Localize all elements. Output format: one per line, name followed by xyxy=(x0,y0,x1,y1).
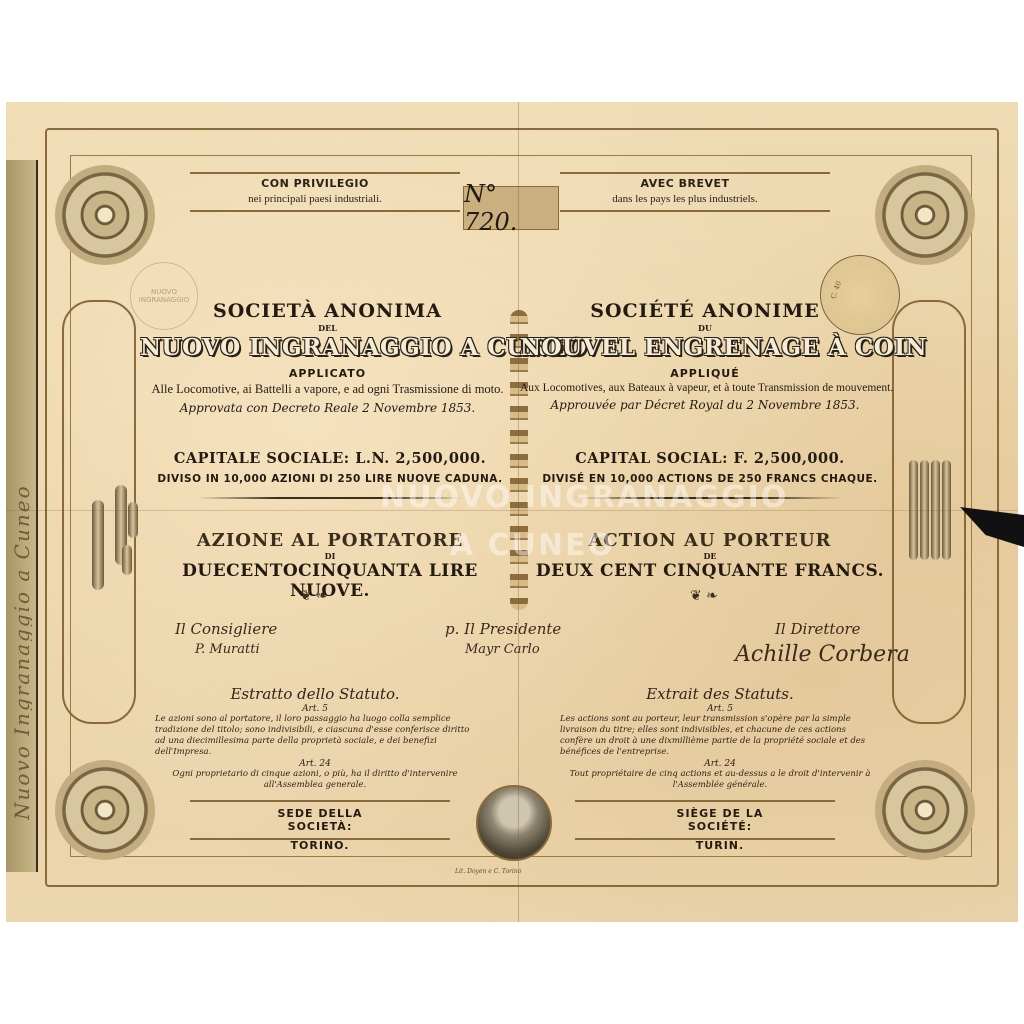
statutes-art5-text-fr: Les actions sont au porteur, leur transm… xyxy=(560,714,880,758)
seat-city-it: TORINO. xyxy=(250,839,390,852)
privilege-title-fr: AVEC BREVET xyxy=(585,177,785,190)
seat-label-fr: SIÈGE DE LA SOCIÉTÉ: xyxy=(645,807,795,833)
seat-label-it: SEDE DELLA SOCIETÀ: xyxy=(250,807,390,833)
statutes-art5-label-it: Art. 5 xyxy=(155,704,475,714)
watermark-line2: A CUNEO xyxy=(450,528,615,563)
company-type-fr: SOCIÉTÉ ANONIME xyxy=(520,300,890,322)
approval-decree-fr: Approuvée par Décret Royal du 2 Novembre… xyxy=(520,398,890,412)
statutes-art24-text-it: Ogni proprietario di cinque azioni, o pi… xyxy=(155,769,475,791)
signature-president: p. Il Presidente Mayr Carlo xyxy=(445,620,561,657)
flourish-ornament-it-icon: ❦ ❧ xyxy=(300,588,328,604)
approval-decree-it: Approvata con Decreto Reale 2 Novembre 1… xyxy=(140,401,515,415)
statutes-title-it: Estratto dello Statuto. xyxy=(155,685,475,703)
signature-role-president: p. Il Presidente xyxy=(445,620,561,638)
privilege-title-it: CON PRIVILEGIO xyxy=(240,177,390,190)
gear-wheels-right-icon xyxy=(905,460,955,575)
certificate-number: N° 720. xyxy=(463,186,559,230)
rosette-ornament-bottom-right-icon xyxy=(875,760,975,860)
flourish-ornament-fr-icon: ❦ ❧ xyxy=(690,588,718,604)
statutes-title-fr: Extrait des Statuts. xyxy=(560,685,880,703)
company-type-it: SOCIETÀ ANONIMA xyxy=(140,300,515,322)
applied-label-fr: APPLIQUÉ xyxy=(520,367,890,380)
privilege-note-fr: AVEC BREVET dans les pays les plus indus… xyxy=(585,177,785,205)
privilege-desc-it: nei principali paesi industriali. xyxy=(240,193,390,205)
applied-desc-fr: Aux Locomotives, aux Bateaux à vapeur, e… xyxy=(520,382,890,394)
railway-vignette-image xyxy=(476,785,552,861)
applied-desc-it: Alle Locomotive, ai Battelli a vapore, e… xyxy=(140,382,515,397)
statutes-art5-text-it: Le azioni sono al portatore, il loro pas… xyxy=(155,714,475,758)
privilege-note-it: CON PRIVILEGIO nei principali paesi indu… xyxy=(240,177,390,205)
fold-line-vertical xyxy=(518,102,519,922)
french-title-block: SOCIÉTÉ ANONIME DU NOUVEL ENGRENAGE À CO… xyxy=(520,300,890,412)
printer-credit: Lit. Doyen e C. Torino xyxy=(455,868,521,875)
statutes-art24-label-fr: Art. 24 xyxy=(560,759,880,769)
italian-title-block: SOCIETÀ ANONIMA DEL NUOVO INGRANAGGIO A … xyxy=(140,300,515,415)
signature-councillor: Il Consigliere P. Muratti xyxy=(175,620,277,657)
statutes-art24-text-fr: Tout propriétaire de cinq actions et au-… xyxy=(560,769,880,791)
gear-wheels-left-icon xyxy=(70,460,130,590)
company-seat-fr: SIÈGE DE LA SOCIÉTÉ: TURIN. xyxy=(645,807,795,852)
signature-name-president: Mayr Carlo xyxy=(465,642,561,657)
privilege-desc-fr: dans les pays les plus industriels. xyxy=(585,193,785,205)
statutes-extract-fr: Extrait des Statuts. Art. 5 Les actions … xyxy=(560,685,880,791)
company-of-fr: DU xyxy=(520,323,890,333)
company-seat-it: SEDE DELLA SOCIETÀ: TORINO. xyxy=(250,807,390,852)
share-capital-it: CAPITALE SOCIALE: L.N. 2,500,000. xyxy=(140,450,520,467)
tax-seal-label: C. 40 xyxy=(829,280,843,300)
signature-role-councillor: Il Consigliere xyxy=(175,620,277,638)
signature-director: Il Direttore Achille Corbera xyxy=(735,620,910,667)
company-of-it: DEL xyxy=(140,323,515,333)
statutes-art24-label-it: Art. 24 xyxy=(155,759,475,769)
statutes-extract-it: Estratto dello Statuto. Art. 5 Le azioni… xyxy=(155,685,475,791)
company-name-fr: NOUVEL ENGRENAGE À COIN xyxy=(520,334,890,361)
signature-name-director: Achille Corbera xyxy=(735,642,910,667)
company-name-it: NUOVO INGRANAGGIO A CUNEO xyxy=(140,334,515,361)
rosette-ornament-top-right-icon xyxy=(875,165,975,265)
signature-name-councillor: P. Muratti xyxy=(195,642,277,657)
share-capital-fr: CAPITAL SOCIAL: F. 2,500,000. xyxy=(520,450,900,467)
signature-role-director: Il Direttore xyxy=(775,620,910,638)
fold-line-horizontal xyxy=(6,510,1018,511)
seat-city-fr: TURIN. xyxy=(645,839,795,852)
rosette-ornament-bottom-left-icon xyxy=(55,760,155,860)
applied-label-it: APPLICATO xyxy=(140,367,515,380)
share-amount-it: DUECENTOCINQUANTA LIRE NUOVE. xyxy=(140,561,520,601)
rosette-ornament-top-left-icon xyxy=(55,165,155,265)
statutes-art5-label-fr: Art. 5 xyxy=(560,704,880,714)
share-amount-fr: DEUX CENT CINQUANTE FRANCS. xyxy=(520,561,900,581)
